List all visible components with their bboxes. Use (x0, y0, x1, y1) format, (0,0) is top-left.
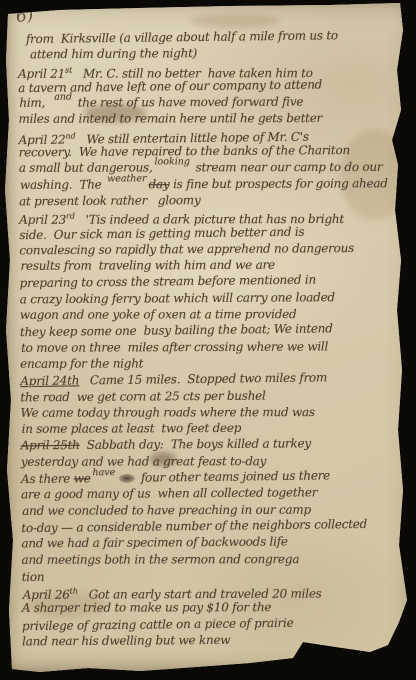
manuscript-paper: 6) from Kirksville (a village about half… (0, 0, 416, 680)
handwriting-segment: attend him during the night) (30, 46, 197, 61)
manuscript-line: April 25th Sabbath day: The boys killed … (21, 435, 407, 454)
page-number-mark: 6) (15, 5, 35, 27)
handwriting-segment: in some places at least two feet deep (22, 421, 242, 436)
handwriting-segment: privilege of grazing cattle on a piece o… (22, 616, 294, 633)
ink-blot (119, 474, 135, 483)
handwriting-segment: wagon and one yoke of oxen at a time pro… (20, 307, 297, 322)
handwriting-segment: preparing to cross the stream before men… (20, 273, 316, 291)
handwriting-segment: As there (21, 472, 74, 487)
handwriting-segment: at present look rather gloomy (19, 193, 201, 208)
handwriting-segment: the road we get corn at 25 cts per bushe… (20, 388, 265, 404)
handwriting-segment: April 24th (20, 374, 79, 389)
handwriting-segment: land near his dwelling but we knew (22, 633, 230, 648)
handwriting-segment: side. Our sick man is getting much bette… (19, 224, 304, 241)
handwriting-segment: stream near our camp to do our (192, 160, 382, 174)
handwriting-segment: tion (22, 570, 45, 584)
manuscript-line: to move on three miles after crossing wh… (21, 338, 407, 356)
handwriting-segment: him, (19, 96, 52, 110)
handwriting-segment: We still entertain little hope of Mr. C'… (76, 129, 309, 146)
handwriting-segment: four other teams joined us there (137, 468, 330, 484)
manuscript-line: April 26th Got an early start and travel… (23, 582, 409, 600)
handwriting-segment: nd (65, 131, 75, 140)
handwriting-segment: is fine but prospects for going ahead (169, 176, 387, 191)
manuscript-line: We came today through roads where the mu… (20, 404, 406, 421)
handwriting-segment: to move on three miles after crossing wh… (21, 339, 328, 354)
handwriting-segment: looking (152, 157, 192, 168)
handwriting-segment: April 25th (21, 438, 80, 452)
handwriting-segment: We came today through roads where the mu… (20, 405, 314, 420)
handwriting-segment: and (52, 92, 74, 103)
manuscript-line: at present look rather gloomy (19, 191, 405, 210)
manuscript-line: attend him during the night) (18, 44, 404, 63)
handwriting-segment: have (90, 467, 117, 478)
handwriting-segment: washing. The (20, 177, 105, 191)
handwriting-segment: and we concluded to have preaching in ou… (22, 502, 311, 517)
manuscript-line: him, and the rest of us have moved forwa… (19, 93, 405, 111)
handwriting-segment: weather (105, 173, 149, 184)
handwriting-segment: from Kirksville (a village about half a … (26, 28, 338, 46)
handwriting-segment: and meetings both in the sermon and cong… (22, 552, 300, 567)
handwriting-segment: th (70, 587, 78, 596)
handwriting-segment: are a good many of us when all collected… (21, 486, 317, 502)
handwriting-segment: the rest of us have moved forward five (74, 95, 303, 110)
manuscript-line: washing. The weatherday is fine but pros… (20, 175, 406, 193)
manuscript-line: in some places at least two feet deep (22, 419, 408, 437)
handwriting-segment: to-day — a considerable number of the ne… (21, 517, 367, 535)
handwritten-text-block: from Kirksville (a village about half a … (18, 28, 408, 650)
handwriting-segment: we (74, 471, 91, 485)
handwriting-segment: April 21 (18, 66, 65, 80)
age-stain (190, 14, 280, 28)
manuscript-line: a crazy looking ferry boat which will ca… (20, 288, 406, 307)
manuscript-line: are a good many of us when all collected… (21, 484, 407, 503)
handwriting-segment: they keep some one busy bailing the boat… (20, 322, 333, 340)
handwriting-segment: yesterday and we had a great feast to-da… (21, 454, 266, 469)
handwriting-segment: Came 15 miles. Stopped two miles from (79, 371, 327, 388)
handwriting-segment: Sabbath day: The boys killed a turkey (80, 437, 311, 453)
manuscript-line: a small but dangerous,looking stream nea… (19, 159, 405, 176)
handwriting-segment: convalescing so rapidly that we apprehen… (19, 241, 354, 257)
scan-backdrop: 6) from Kirksville (a village about half… (0, 0, 416, 680)
handwriting-segment: miles and intend to remain here until he… (18, 112, 322, 127)
handwriting-segment: April 23 (19, 213, 66, 227)
handwriting-segment: a crazy looking ferry boat which will ca… (20, 290, 335, 306)
handwriting-segment: results from traveling with him and we a… (20, 258, 274, 273)
manuscript-line: the road we get corn at 25 cts per bushe… (20, 386, 406, 405)
handwriting-segment: encamp for the night (20, 356, 143, 370)
handwriting-segment: rd (66, 212, 75, 221)
handwriting-segment: day (149, 177, 170, 191)
handwriting-segment: and we had a fair specimen of backwoods … (21, 535, 287, 551)
handwriting-segment: April 22 (19, 132, 66, 147)
handwriting-segment: A sharper tried to make us pay $10 for t… (22, 601, 271, 616)
